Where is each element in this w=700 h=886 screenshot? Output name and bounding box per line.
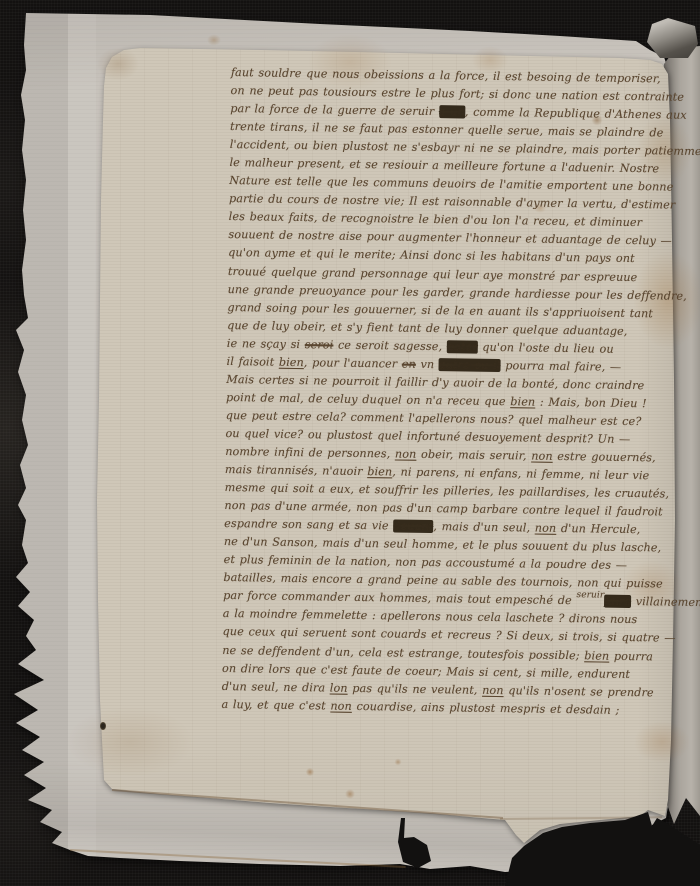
text-segment: qu'on ayme et qui le merite; Ainsi donc … <box>228 246 635 265</box>
text-segment: pourra <box>609 649 653 663</box>
text-segment: mais tirannisés, n'auoir <box>225 463 368 478</box>
text-segment: espandre son sang et sa vie <box>224 517 393 533</box>
text-strike-segment: en <box>402 357 416 370</box>
text-u-segment: non <box>395 447 417 460</box>
text-segment: , pour l'auancer <box>304 356 402 370</box>
text-segment: vn <box>416 358 439 371</box>
text-segment: par la force de la guerre de seruir <box>230 102 439 118</box>
text-segment: on dire lors que c'est faute de coeur; M… <box>222 661 630 680</box>
text-segment: a luy, et que c'est <box>221 698 330 713</box>
text-segment: , comme la Republique d'Athenes aux <box>465 106 687 122</box>
text-u-segment: non <box>535 522 557 535</box>
text-u-segment: non <box>330 699 352 712</box>
text-segment: d'un seul, ne dira <box>222 680 330 695</box>
text-segment: pourra mal faire, — <box>500 359 621 374</box>
text-segment: point de mal, de celuy duquel on n'a rec… <box>226 391 510 408</box>
text-blot-segment: deuant <box>393 520 433 534</box>
text-strike-segment: seroi <box>305 338 334 351</box>
text-segment: , ni parens, ni enfans, ni femme, ni leu… <box>392 465 649 482</box>
text-blot-segment: faire <box>604 595 631 608</box>
text-segment: ne se deffendent d'un, cela est estrange… <box>222 643 584 661</box>
text-segment: couardise, ains plustost mespris et desd… <box>352 700 620 717</box>
text-segment: il faisoit <box>226 355 278 369</box>
text-segment: nombre infini de personnes, <box>225 445 395 461</box>
text-segment: qu'ils n'osent se prendre <box>504 684 654 699</box>
text-blot-segment: a un <box>439 105 465 118</box>
manuscript-photo: faut souldre que nous obeissions a la fo… <box>0 0 700 886</box>
text-u-segment: bien <box>279 355 304 368</box>
text-segment: pas qu'ils ne veulent, <box>348 681 483 696</box>
text-segment: , mais d'un seul, <box>433 520 535 535</box>
text-segment: d'un Hercule, <box>556 522 640 536</box>
text-segment: trouué quelque grand personnage qui leur… <box>228 264 638 283</box>
text-blot-segment: autre ou il <box>439 358 501 372</box>
text-blot-segment: pater <box>447 340 478 353</box>
text-u-segment: bien <box>367 465 392 478</box>
text-u-segment: non <box>482 683 504 696</box>
text-segment: : Mais, bon Dieu ! <box>535 395 647 410</box>
text-u-segment: non <box>531 449 553 462</box>
text-segment: qu'on l'oste du lieu ou <box>478 340 614 355</box>
text-u-segment: bien <box>510 395 535 408</box>
text-segment: que de luy obeir, et s'y fient tant de l… <box>227 319 628 338</box>
text-segment: ie ne sçay si <box>227 337 305 351</box>
text-segment: par force commander aux hommes, mais tou… <box>223 589 576 607</box>
text-ins-segment: seruir <box>576 587 604 605</box>
text-segment: estre gouuernés, <box>553 450 656 465</box>
handwritten-text: faut souldre que nous obeissions a la fo… <box>221 64 691 720</box>
text-segment: villainement <box>631 595 700 609</box>
text-segment: ce seroit sagesse, <box>333 338 447 353</box>
text-u-segment: bien <box>584 649 609 662</box>
text-u-segment: lon <box>330 681 348 694</box>
text-segment: obeir, mais seruir, <box>416 448 531 463</box>
worm-hole <box>100 722 106 730</box>
